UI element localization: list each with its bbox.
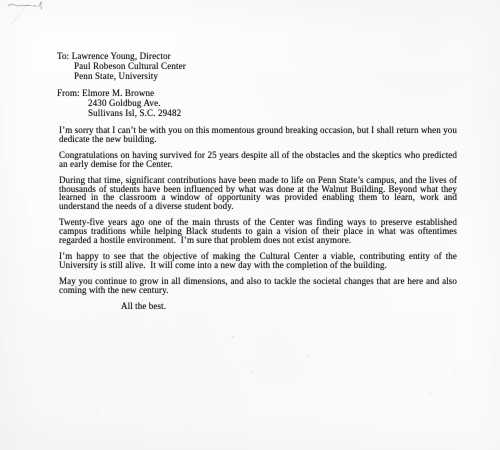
body-paragraph: I’m sorry that I can’t be with you on th…	[59, 126, 457, 144]
sender-line: 2430 Goldbug Ave.	[57, 98, 186, 108]
address-block: To: Lawrence Young, Director Paul Robeso…	[57, 51, 186, 125]
recipient-line: To: Lawrence Young, Director	[57, 51, 186, 61]
sender-name: Elmore M. Browne	[82, 88, 154, 98]
sender-block: From: Elmore M. Browne 2430 Goldbug Ave.…	[57, 88, 186, 118]
recipient-name: Lawrence Young, Director	[72, 51, 171, 61]
letter-body: I’m sorry that I can’t be with you on th…	[59, 126, 457, 311]
to-label: To:	[57, 51, 69, 61]
pencil-scribble-icon	[6, 0, 48, 12]
recipient-block: To: Lawrence Young, Director Paul Robeso…	[57, 51, 186, 81]
scanned-letter-page: To: Lawrence Young, Director Paul Robeso…	[0, 0, 500, 450]
sender-line: From: Elmore M. Browne	[57, 88, 186, 98]
sender-line: Sullivans Isl, S.C. 29482	[57, 108, 186, 118]
body-paragraph: Twenty-five years ago one of the main th…	[59, 218, 457, 245]
body-paragraph: Congratulations on having survived for 2…	[59, 151, 457, 169]
body-paragraph: I’m happy to see that the objective of m…	[59, 252, 457, 270]
from-label: From:	[57, 88, 80, 98]
recipient-line: Penn State, University	[57, 71, 186, 81]
recipient-line: Paul Robeson Cultural Center	[57, 61, 186, 71]
closing-line: All the best.	[121, 302, 457, 311]
body-paragraph: May you continue to grow in all dimensio…	[59, 277, 457, 295]
body-paragraph: During that time, significant contributi…	[59, 176, 457, 212]
scan-noise-specks	[0, 0, 1, 1]
